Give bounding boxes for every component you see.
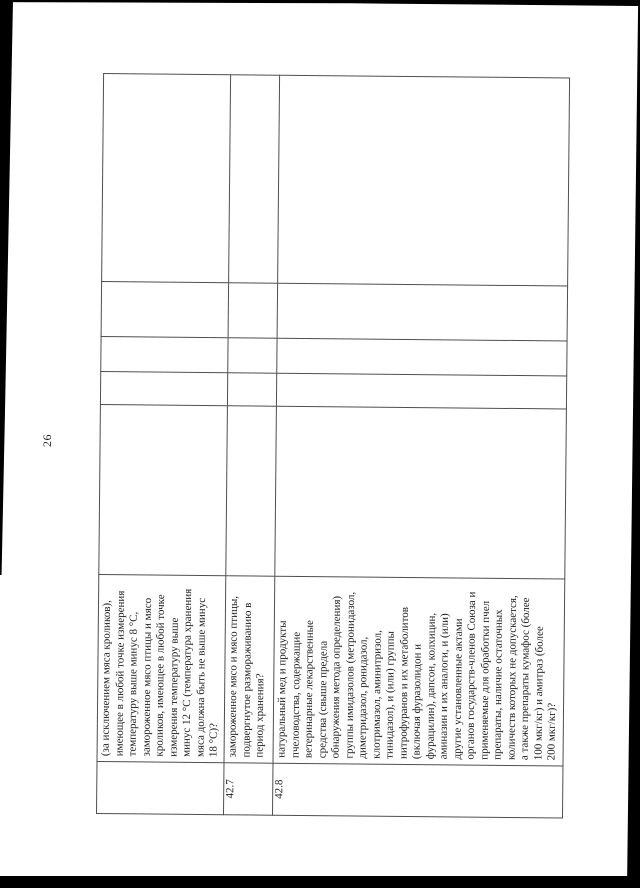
table-row: 42.7 замороженное мясо и мясо птицы, под…: [223, 75, 279, 815]
row-number-cell: 42.8: [272, 763, 562, 818]
question-text: натуральный мед и продукты пчеловодства,…: [274, 577, 561, 766]
empty-cell: [102, 74, 231, 283]
row-number-cell: 42.7: [223, 763, 272, 815]
empty-cell: [278, 75, 570, 286]
question-text: замороженное мясо и мясо птицы, подвергн…: [225, 576, 269, 762]
empty-cell: [228, 338, 277, 373]
empty-cell: [275, 406, 567, 579]
empty-cell: [227, 373, 276, 406]
table-row: (за исключением мяса кроликов), имеющее …: [97, 74, 231, 815]
empty-cell: [229, 75, 280, 283]
question-cell: (за исключением мяса кроликов), имеющее …: [97, 575, 226, 763]
empty-cell: [276, 373, 566, 409]
question-cell: замороженное мясо и мясо птицы, подвергн…: [224, 576, 275, 763]
question-cell: натуральный мед и продукты пчеловодства,…: [273, 576, 565, 766]
question-text: (за исключением мяса кроликов), имеющее …: [98, 575, 223, 762]
empty-cell: [228, 283, 278, 338]
scan-border-bottom: [0, 876, 640, 888]
scanned-page: 26 (за исключением мяса кроликов), имеющ…: [0, 0, 640, 888]
empty-cell: [99, 405, 228, 576]
empty-cell: [101, 282, 229, 338]
empty-cell: [277, 283, 568, 341]
page-number: 26: [40, 434, 55, 447]
empty-cell: [277, 338, 567, 376]
rotated-content: 26 (за исключением мяса кроликов), имеющ…: [0, 0, 640, 888]
checklist-table: (за исключением мяса кроликов), имеющее …: [96, 73, 570, 818]
empty-cell: [226, 406, 277, 576]
row-number-cell: [97, 762, 224, 815]
empty-cell: [101, 337, 228, 373]
empty-cell: [100, 372, 227, 406]
table-row: 42.8 натуральный мед и продукты пчеловод…: [272, 75, 569, 818]
